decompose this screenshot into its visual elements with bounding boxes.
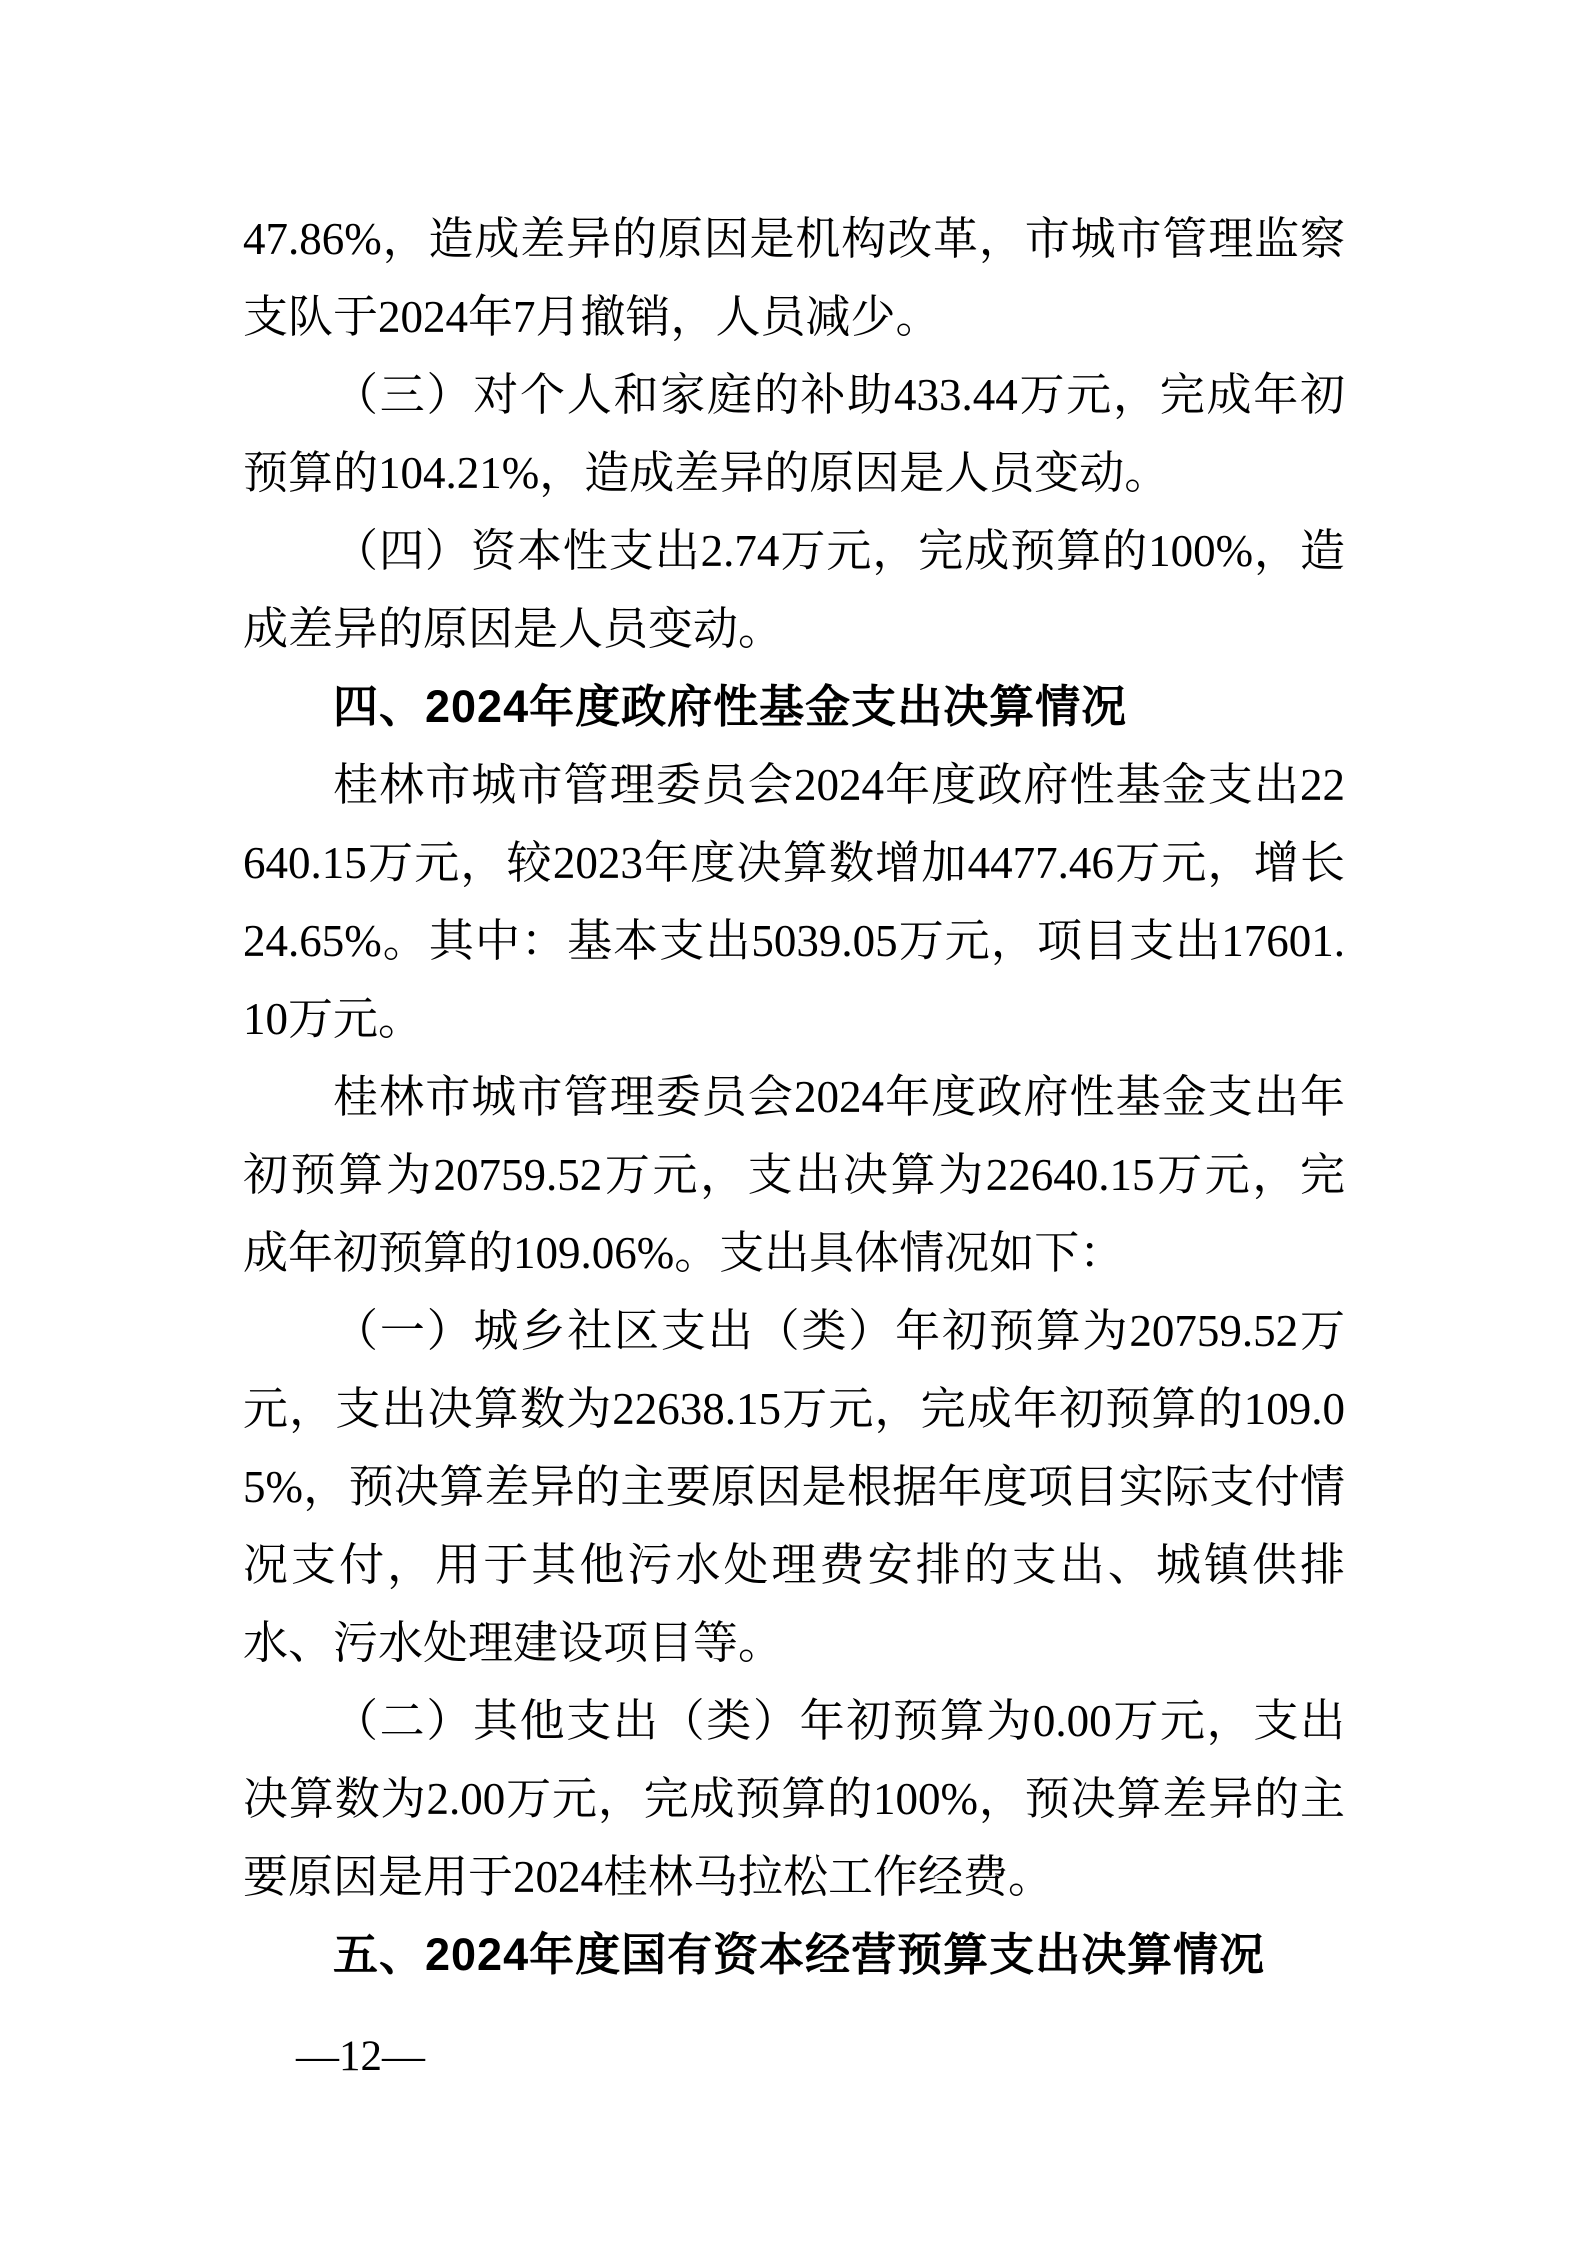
section-heading-government-fund-expenditure: 四、2024年度政府性基金支出决算情况 (243, 668, 1345, 746)
page-number: —12— (296, 2032, 425, 2082)
paragraph-government-fund-total: 桂林市城市管理委员会2024年度政府性基金支出22640.15万元，较2023年… (243, 746, 1345, 1058)
paragraph-capital-expenditure: （四）资本性支出2.74万元，完成预算的100%，造成差异的原因是人员变动。 (243, 512, 1345, 668)
document-page: 47.86%，造成差异的原因是机构改革，市城市管理监察支队于2024年7月撤销，… (0, 0, 1587, 2245)
paragraph-urban-rural-community-expense: （一）城乡社区支出（类）年初预算为20759.52万元，支出决算数为22638.… (243, 1292, 1345, 1682)
paragraph-other-expense-marathon: （二）其他支出（类）年初预算为0.00万元，支出决算数为2.00万元，完成预算的… (243, 1682, 1345, 1916)
section-heading-state-capital-operation-budget: 五、2024年度国有资本经营预算支出决算情况 (243, 1916, 1345, 1994)
paragraph-individual-family-subsidy: （三）对个人和家庭的补助433.44万元，完成年初预算的104.21%，造成差异… (243, 356, 1345, 512)
paragraph-other-expense-variance-continuation: 47.86%，造成差异的原因是机构改革，市城市管理监察支队于2024年7月撤销，… (243, 200, 1345, 356)
document-text-block: 47.86%，造成差异的原因是机构改革，市城市管理监察支队于2024年7月撤销，… (243, 200, 1345, 1994)
paragraph-government-fund-budget-comparison: 桂林市城市管理委员会2024年度政府性基金支出年初预算为20759.52万元，支… (243, 1058, 1345, 1292)
